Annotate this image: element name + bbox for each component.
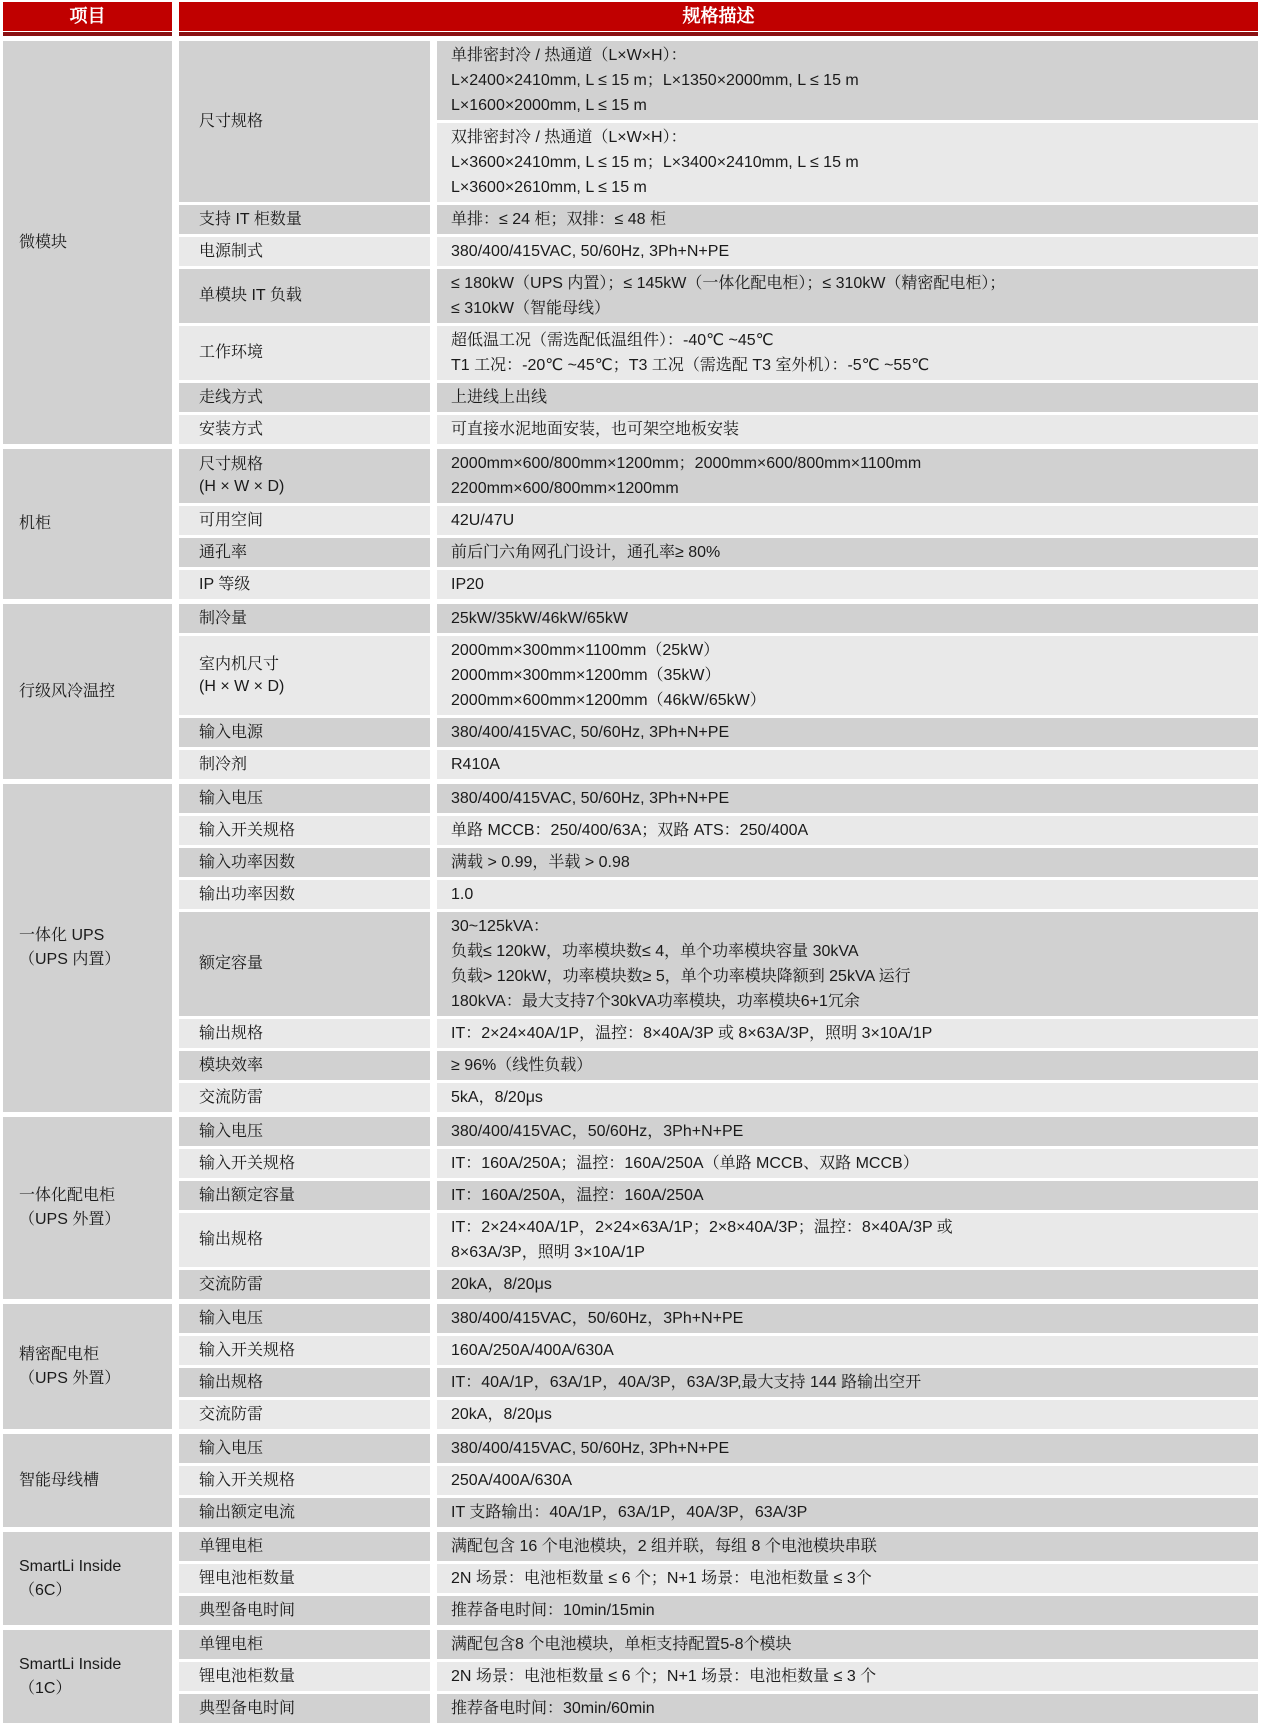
param-cell: 输出规格 [179, 1213, 430, 1267]
value-cell: IT：2×24×40A/1P，温控：8×40A/3P 或 8×63A/3P，照明… [437, 1019, 1258, 1048]
category-cell: 机柜 [3, 449, 172, 599]
spec-section: 微模块尺寸规格单排密封冷 / 热通道（L×W×H）：L×2400×2410mm,… [3, 41, 1258, 444]
param-cell: 交流防雷 [179, 1400, 430, 1429]
param-cell: IP 等级 [179, 570, 430, 599]
value-cell: 2N 场景：电池柜数量 ≤ 6 个；N+1 场景：电池柜数量 ≤ 3个 [437, 1564, 1258, 1593]
section-rows: 输入电压380/400/415VAC, 50/60Hz, 3Ph+N+PE输入开… [179, 1434, 1258, 1527]
value-cell-group: IT：160A/250A；温控：160A/250A（单路 MCCB、双路 MCC… [437, 1149, 1258, 1178]
section-rows: 输入电压380/400/415VAC, 50/60Hz, 3Ph+N+PE输入开… [179, 784, 1258, 1112]
param-cell: 输出功率因数 [179, 880, 430, 909]
value-line: IP20 [451, 572, 1248, 597]
spec-sheet: 项目 规格描述 微模块尺寸规格单排密封冷 / 热通道（L×W×H）：L×2400… [0, 0, 1264, 1725]
spec-row: 制冷量25kW/35kW/46kW/65kW [179, 604, 1258, 633]
value-line: L×3600×2610mm, L ≤ 15 m [451, 175, 1248, 200]
spec-section: 机柜尺寸规格 (H × W × D)2000mm×600/800mm×1200m… [3, 449, 1258, 599]
value-line: 180kVA：最大支持7个30kVA功率模块，功率模块6+1冗余 [451, 989, 1248, 1014]
spec-row: 走线方式上进线上出线 [179, 383, 1258, 412]
section-rows: 输入电压380/400/415VAC，50/60Hz，3Ph+N+PE输入开关规… [179, 1304, 1258, 1429]
category-cell: 精密配电柜 （UPS 外置） [3, 1304, 172, 1429]
value-line: L×2400×2410mm, L ≤ 15 m；L×1350×2000mm, L… [451, 68, 1248, 93]
value-line: 上进线上出线 [451, 385, 1248, 410]
value-cell: 160A/250A/400A/630A [437, 1336, 1258, 1365]
value-cell-group: 2N 场景：电池柜数量 ≤ 6 个；N+1 场景：电池柜数量 ≤ 3 个 [437, 1662, 1258, 1691]
value-line: 8×63A/3P，照明 3×10A/1P [451, 1240, 1248, 1265]
spec-row: 锂电池柜数量2N 场景：电池柜数量 ≤ 6 个；N+1 场景：电池柜数量 ≤ 3… [179, 1564, 1258, 1593]
section-rows: 单锂电柜满配包含8 个电池模块，单柜支持配置5-8个模块锂电池柜数量2N 场景：… [179, 1630, 1258, 1723]
spec-row: 制冷剂R410A [179, 750, 1258, 779]
value-cell: 20kA，8/20μs [437, 1270, 1258, 1299]
value-line: 42U/47U [451, 508, 1248, 533]
param-cell: 电源制式 [179, 237, 430, 266]
value-line: ≥ 96%（线性负载） [451, 1053, 1248, 1078]
value-line: 2000mm×300mm×1200mm（35kW） [451, 663, 1248, 688]
param-cell: 输入开关规格 [179, 1336, 430, 1365]
param-cell: 制冷量 [179, 604, 430, 633]
value-cell: 满载 > 0.99，半载 > 0.98 [437, 848, 1258, 877]
value-cell: 2000mm×300mm×1100mm（25kW）2000mm×300mm×12… [437, 636, 1258, 715]
value-line: IT：160A/250A，温控：160A/250A [451, 1183, 1248, 1208]
value-line: 2000mm×600mm×1200mm（46kW/65kW） [451, 688, 1248, 713]
value-cell: 满配包含 16 个电池模块，2 组并联，每组 8 个电池模块串联 [437, 1532, 1258, 1561]
value-line: L×3600×2410mm, L ≤ 15 m；L×3400×2410mm, L… [451, 150, 1248, 175]
value-line: 负载≤ 120kW，功率模块数≤ 4，单个功率模块容量 30kVA [451, 939, 1248, 964]
header-cell-item: 项目 [3, 2, 172, 36]
param-cell: 单锂电柜 [179, 1532, 430, 1561]
value-line: 单路 MCCB：250/400/63A；双路 ATS：250/400A [451, 818, 1248, 843]
param-cell: 交流防雷 [179, 1270, 430, 1299]
value-cell: 42U/47U [437, 506, 1258, 535]
value-cell: 前后门六角网孔门设计，通孔率≥ 80% [437, 538, 1258, 567]
value-cell-group: 250A/400A/630A [437, 1466, 1258, 1495]
value-cell: 380/400/415VAC, 50/60Hz, 3Ph+N+PE [437, 718, 1258, 747]
spec-row: 可用空间42U/47U [179, 506, 1258, 535]
param-cell: 交流防雷 [179, 1083, 430, 1112]
value-cell-group: 380/400/415VAC，50/60Hz，3Ph+N+PE [437, 1117, 1258, 1146]
value-cell-group: IP20 [437, 570, 1258, 599]
section-rows: 尺寸规格单排密封冷 / 热通道（L×W×H）：L×2400×2410mm, L … [179, 41, 1258, 444]
header-cell-spec: 规格描述 [179, 2, 1258, 36]
value-cell: 2N 场景：电池柜数量 ≤ 6 个；N+1 场景：电池柜数量 ≤ 3 个 [437, 1662, 1258, 1691]
value-line: 380/400/415VAC, 50/60Hz, 3Ph+N+PE [451, 1436, 1248, 1461]
value-cell-group: 推荐备电时间：30min/60min [437, 1694, 1258, 1723]
value-line: IT：2×24×40A/1P，2×24×63A/1P；2×8×40A/3P；温控… [451, 1215, 1248, 1240]
value-line: 单排：≤ 24 柜；双排：≤ 48 柜 [451, 207, 1248, 232]
section-rows: 尺寸规格 (H × W × D)2000mm×600/800mm×1200mm；… [179, 449, 1258, 599]
value-cell-group: 380/400/415VAC, 50/60Hz, 3Ph+N+PE [437, 718, 1258, 747]
value-cell: 单排密封冷 / 热通道（L×W×H）：L×2400×2410mm, L ≤ 15… [437, 41, 1258, 120]
value-line: 推荐备电时间：30min/60min [451, 1696, 1248, 1721]
header-underline [179, 32, 1258, 36]
spec-row: 输入电压380/400/415VAC，50/60Hz，3Ph+N+PE [179, 1304, 1258, 1333]
spec-row: 室内机尺寸 (H × W × D)2000mm×300mm×1100mm（25k… [179, 636, 1258, 715]
param-cell: 输入开关规格 [179, 1149, 430, 1178]
value-cell: 2000mm×600/800mm×1200mm；2000mm×600/800mm… [437, 449, 1258, 503]
param-cell: 输出额定电流 [179, 1498, 430, 1527]
value-cell-group: R410A [437, 750, 1258, 779]
param-cell: 输出额定容量 [179, 1181, 430, 1210]
param-cell: 输出规格 [179, 1019, 430, 1048]
value-line: 380/400/415VAC, 50/60Hz, 3Ph+N+PE [451, 239, 1248, 264]
value-line: 5kA，8/20μs [451, 1085, 1248, 1110]
section-rows: 制冷量25kW/35kW/46kW/65kW室内机尺寸 (H × W × D)2… [179, 604, 1258, 779]
value-line: R410A [451, 752, 1248, 777]
spec-row: 典型备电时间推荐备电时间：30min/60min [179, 1694, 1258, 1723]
value-cell: 可直接水泥地面安装，也可架空地板安装 [437, 415, 1258, 444]
spec-row: 交流防雷20kA，8/20μs [179, 1400, 1258, 1429]
value-cell-group: 30~125kVA：负载≤ 120kW，功率模块数≤ 4，单个功率模块容量 30… [437, 912, 1258, 1016]
param-cell: 输入电压 [179, 784, 430, 813]
value-cell: IP20 [437, 570, 1258, 599]
param-cell: 制冷剂 [179, 750, 430, 779]
value-cell-group: 超低温工况（需选配低温组件）：-40℃ ~45℃T1 工况：-20℃ ~45℃；… [437, 326, 1258, 380]
value-line: 380/400/415VAC，50/60Hz，3Ph+N+PE [451, 1306, 1248, 1331]
param-cell: 典型备电时间 [179, 1596, 430, 1625]
value-line: ≤ 180kW（UPS 内置）；≤ 145kW（一体化配电柜）；≤ 310kW（… [451, 271, 1248, 296]
spec-row: 通孔率前后门六角网孔门设计，通孔率≥ 80% [179, 538, 1258, 567]
spec-row: 输出功率因数1.0 [179, 880, 1258, 909]
value-cell: 25kW/35kW/46kW/65kW [437, 604, 1258, 633]
value-cell-group: 单排密封冷 / 热通道（L×W×H）：L×2400×2410mm, L ≤ 15… [437, 41, 1258, 202]
param-cell: 输入电压 [179, 1117, 430, 1146]
spec-row: 输出额定容量IT：160A/250A，温控：160A/250A [179, 1181, 1258, 1210]
value-cell: IT 支路输出：40A/1P，63A/1P，40A/3P，63A/3P [437, 1498, 1258, 1527]
value-cell: 30~125kVA：负载≤ 120kW，功率模块数≤ 4，单个功率模块容量 30… [437, 912, 1258, 1016]
table-header: 项目 规格描述 [3, 2, 1258, 36]
value-line: 380/400/415VAC, 50/60Hz, 3Ph+N+PE [451, 786, 1248, 811]
param-cell: 安装方式 [179, 415, 430, 444]
value-line: 20kA，8/20μs [451, 1272, 1248, 1297]
value-line: 推荐备电时间：10min/15min [451, 1598, 1248, 1623]
value-cell-group: 上进线上出线 [437, 383, 1258, 412]
value-cell: 上进线上出线 [437, 383, 1258, 412]
value-line: 单排密封冷 / 热通道（L×W×H）： [451, 43, 1248, 68]
value-cell-group: 160A/250A/400A/630A [437, 1336, 1258, 1365]
value-cell-group: 推荐备电时间：10min/15min [437, 1596, 1258, 1625]
value-cell-group: 20kA，8/20μs [437, 1400, 1258, 1429]
value-cell: 超低温工况（需选配低温组件）：-40℃ ~45℃T1 工况：-20℃ ~45℃；… [437, 326, 1258, 380]
value-cell-group: ≥ 96%（线性负载） [437, 1051, 1258, 1080]
value-cell: 推荐备电时间：30min/60min [437, 1694, 1258, 1723]
value-cell-group: 1.0 [437, 880, 1258, 909]
value-cell: 20kA，8/20μs [437, 1400, 1258, 1429]
section-rows: 单锂电柜满配包含 16 个电池模块，2 组并联，每组 8 个电池模块串联锂电池柜… [179, 1532, 1258, 1625]
value-cell-group: IT：160A/250A，温控：160A/250A [437, 1181, 1258, 1210]
value-cell-group: 可直接水泥地面安装，也可架空地板安装 [437, 415, 1258, 444]
value-line: 2N 场景：电池柜数量 ≤ 6 个；N+1 场景：电池柜数量 ≤ 3 个 [451, 1664, 1248, 1689]
spec-row: 尺寸规格单排密封冷 / 热通道（L×W×H）：L×2400×2410mm, L … [179, 41, 1258, 202]
spec-row: 输入电压380/400/415VAC, 50/60Hz, 3Ph+N+PE [179, 784, 1258, 813]
value-line: L×1600×2000mm, L ≤ 15 m [451, 93, 1248, 118]
param-cell: 输出规格 [179, 1368, 430, 1397]
value-cell-group: 单排：≤ 24 柜；双排：≤ 48 柜 [437, 205, 1258, 234]
spec-row: 输入电压380/400/415VAC, 50/60Hz, 3Ph+N+PE [179, 1434, 1258, 1463]
value-cell: 250A/400A/630A [437, 1466, 1258, 1495]
value-cell: 单路 MCCB：250/400/63A；双路 ATS：250/400A [437, 816, 1258, 845]
spec-section: 行级风冷温控制冷量25kW/35kW/46kW/65kW室内机尺寸 (H × W… [3, 604, 1258, 779]
spec-row: 输出额定电流IT 支路输出：40A/1P，63A/1P，40A/3P，63A/3… [179, 1498, 1258, 1527]
value-cell-group: 满载 > 0.99，半载 > 0.98 [437, 848, 1258, 877]
value-line: IT 支路输出：40A/1P，63A/1P，40A/3P，63A/3P [451, 1500, 1248, 1525]
spec-row: 输入开关规格单路 MCCB：250/400/63A；双路 ATS：250/400… [179, 816, 1258, 845]
value-line: T1 工况：-20℃ ~45℃；T3 工况（需选配 T3 室外机）：-5℃ ~5… [451, 353, 1248, 378]
section-rows: 输入电压380/400/415VAC，50/60Hz，3Ph+N+PE输入开关规… [179, 1117, 1258, 1299]
value-cell-group: IT：2×24×40A/1P，2×24×63A/1P；2×8×40A/3P；温控… [437, 1213, 1258, 1267]
spec-row: 典型备电时间推荐备电时间：10min/15min [179, 1596, 1258, 1625]
value-line: 2N 场景：电池柜数量 ≤ 6 个；N+1 场景：电池柜数量 ≤ 3个 [451, 1566, 1248, 1591]
value-cell-group: 前后门六角网孔门设计，通孔率≥ 80% [437, 538, 1258, 567]
value-line: 满载 > 0.99，半载 > 0.98 [451, 850, 1248, 875]
param-cell: 模块效率 [179, 1051, 430, 1080]
param-cell: 锂电池柜数量 [179, 1564, 430, 1593]
value-cell: 380/400/415VAC, 50/60Hz, 3Ph+N+PE [437, 784, 1258, 813]
value-line: 可直接水泥地面安装，也可架空地板安装 [451, 417, 1248, 442]
param-cell: 额定容量 [179, 912, 430, 1016]
header-item-label: 项目 [3, 2, 172, 31]
value-line: 前后门六角网孔门设计，通孔率≥ 80% [451, 540, 1248, 565]
spec-row: 输入开关规格160A/250A/400A/630A [179, 1336, 1258, 1365]
spec-row: 模块效率≥ 96%（线性负载） [179, 1051, 1258, 1080]
value-line: 2000mm×600/800mm×1200mm；2000mm×600/800mm… [451, 451, 1248, 476]
spec-section: SmartLi Inside （6C）单锂电柜满配包含 16 个电池模块，2 组… [3, 1532, 1258, 1625]
value-cell: 380/400/415VAC，50/60Hz，3Ph+N+PE [437, 1304, 1258, 1333]
value-cell: 1.0 [437, 880, 1258, 909]
spec-row: 锂电池柜数量2N 场景：电池柜数量 ≤ 6 个；N+1 场景：电池柜数量 ≤ 3… [179, 1662, 1258, 1691]
spec-section: 一体化 UPS （UPS 内置）输入电压380/400/415VAC, 50/6… [3, 784, 1258, 1112]
spec-row: 工作环境超低温工况（需选配低温组件）：-40℃ ~45℃T1 工况：-20℃ ~… [179, 326, 1258, 380]
param-cell: 典型备电时间 [179, 1694, 430, 1723]
value-line: 2200mm×600/800mm×1200mm [451, 476, 1248, 501]
value-cell-group: 2N 场景：电池柜数量 ≤ 6 个；N+1 场景：电池柜数量 ≤ 3个 [437, 1564, 1258, 1593]
spec-row: 支持 IT 柜数量单排：≤ 24 柜；双排：≤ 48 柜 [179, 205, 1258, 234]
value-cell: 5kA，8/20μs [437, 1083, 1258, 1112]
spec-row: 输入电压380/400/415VAC，50/60Hz，3Ph+N+PE [179, 1117, 1258, 1146]
value-cell-group: 5kA，8/20μs [437, 1083, 1258, 1112]
value-cell-group: 满配包含8 个电池模块，单柜支持配置5-8个模块 [437, 1630, 1258, 1659]
value-cell: ≥ 96%（线性负载） [437, 1051, 1258, 1080]
value-cell-group: 380/400/415VAC, 50/60Hz, 3Ph+N+PE [437, 784, 1258, 813]
category-cell: 一体化 UPS （UPS 内置） [3, 784, 172, 1112]
param-cell: 锂电池柜数量 [179, 1662, 430, 1691]
spec-row: 输出规格IT：2×24×40A/1P，2×24×63A/1P；2×8×40A/3… [179, 1213, 1258, 1267]
spec-row: 输出规格IT：2×24×40A/1P，温控：8×40A/3P 或 8×63A/3… [179, 1019, 1258, 1048]
value-line: IT：2×24×40A/1P，温控：8×40A/3P 或 8×63A/3P，照明… [451, 1021, 1248, 1046]
param-cell: 输入开关规格 [179, 816, 430, 845]
value-line: IT：40A/1P，63A/1P，40A/3P，63A/3P,最大支持 144 … [451, 1370, 1248, 1395]
value-cell-group: 单路 MCCB：250/400/63A；双路 ATS：250/400A [437, 816, 1258, 845]
param-cell: 输入功率因数 [179, 848, 430, 877]
spec-row: 输入功率因数满载 > 0.99，半载 > 0.98 [179, 848, 1258, 877]
spec-row: 交流防雷20kA，8/20μs [179, 1270, 1258, 1299]
spec-row: 安装方式可直接水泥地面安装，也可架空地板安装 [179, 415, 1258, 444]
value-cell: ≤ 180kW（UPS 内置）；≤ 145kW（一体化配电柜）；≤ 310kW（… [437, 269, 1258, 323]
value-cell-group: 42U/47U [437, 506, 1258, 535]
category-cell: 行级风冷温控 [3, 604, 172, 779]
value-line: ≤ 310kW（智能母线） [451, 296, 1248, 321]
value-cell-group: ≤ 180kW（UPS 内置）；≤ 145kW（一体化配电柜）；≤ 310kW（… [437, 269, 1258, 323]
value-line: 1.0 [451, 882, 1248, 907]
spec-row: 输入开关规格250A/400A/630A [179, 1466, 1258, 1495]
value-line: 超低温工况（需选配低温组件）：-40℃ ~45℃ [451, 328, 1248, 353]
value-cell-group: IT：2×24×40A/1P，温控：8×40A/3P 或 8×63A/3P，照明… [437, 1019, 1258, 1048]
category-cell: SmartLi Inside （1C） [3, 1630, 172, 1723]
spec-section: 一体化配电柜 （UPS 外置）输入电压380/400/415VAC，50/60H… [3, 1117, 1258, 1299]
value-cell: 满配包含8 个电池模块，单柜支持配置5-8个模块 [437, 1630, 1258, 1659]
value-cell: 380/400/415VAC, 50/60Hz, 3Ph+N+PE [437, 237, 1258, 266]
spec-row: 单锂电柜满配包含8 个电池模块，单柜支持配置5-8个模块 [179, 1630, 1258, 1659]
value-cell-group: 2000mm×600/800mm×1200mm；2000mm×600/800mm… [437, 449, 1258, 503]
param-cell: 尺寸规格 [179, 41, 430, 202]
value-line: 满配包含8 个电池模块，单柜支持配置5-8个模块 [451, 1632, 1248, 1657]
spec-row: 输出规格IT：40A/1P，63A/1P，40A/3P，63A/3P,最大支持 … [179, 1368, 1258, 1397]
value-cell: R410A [437, 750, 1258, 779]
value-cell: IT：160A/250A；温控：160A/250A（单路 MCCB、双路 MCC… [437, 1149, 1258, 1178]
value-line: 满配包含 16 个电池模块，2 组并联，每组 8 个电池模块串联 [451, 1534, 1248, 1559]
param-cell: 通孔率 [179, 538, 430, 567]
spec-section: 精密配电柜 （UPS 外置）输入电压380/400/415VAC，50/60Hz… [3, 1304, 1258, 1429]
value-cell: IT：160A/250A，温控：160A/250A [437, 1181, 1258, 1210]
category-cell: 一体化配电柜 （UPS 外置） [3, 1117, 172, 1299]
value-line: 负载> 120kW，功率模块数≥ 5，单个功率模块降额到 25kVA 运行 [451, 964, 1248, 989]
category-cell: 微模块 [3, 41, 172, 444]
value-cell: 推荐备电时间：10min/15min [437, 1596, 1258, 1625]
spec-row: 单模块 IT 负载≤ 180kW（UPS 内置）；≤ 145kW（一体化配电柜）… [179, 269, 1258, 323]
value-line: 25kW/35kW/46kW/65kW [451, 606, 1248, 631]
value-cell-group: IT 支路输出：40A/1P，63A/1P，40A/3P，63A/3P [437, 1498, 1258, 1527]
value-line: IT：160A/250A；温控：160A/250A（单路 MCCB、双路 MCC… [451, 1151, 1248, 1176]
spec-row: 交流防雷5kA，8/20μs [179, 1083, 1258, 1112]
sections: 微模块尺寸规格单排密封冷 / 热通道（L×W×H）：L×2400×2410mm,… [3, 41, 1258, 1723]
param-cell: 单锂电柜 [179, 1630, 430, 1659]
param-cell: 输入电源 [179, 718, 430, 747]
value-line: 380/400/415VAC, 50/60Hz, 3Ph+N+PE [451, 720, 1248, 745]
header-spec-label: 规格描述 [179, 2, 1258, 31]
value-line: 160A/250A/400A/630A [451, 1338, 1248, 1363]
value-cell-group: 满配包含 16 个电池模块，2 组并联，每组 8 个电池模块串联 [437, 1532, 1258, 1561]
value-line: 250A/400A/630A [451, 1468, 1248, 1493]
spec-row: 额定容量30~125kVA：负载≤ 120kW，功率模块数≤ 4，单个功率模块容… [179, 912, 1258, 1016]
spec-row: IP 等级IP20 [179, 570, 1258, 599]
value-cell-group: IT：40A/1P，63A/1P，40A/3P，63A/3P,最大支持 144 … [437, 1368, 1258, 1397]
param-cell: 输入开关规格 [179, 1466, 430, 1495]
spec-section: SmartLi Inside （1C）单锂电柜满配包含8 个电池模块，单柜支持配… [3, 1630, 1258, 1723]
param-cell: 可用空间 [179, 506, 430, 535]
value-cell-group: 380/400/415VAC, 50/60Hz, 3Ph+N+PE [437, 1434, 1258, 1463]
param-cell: 走线方式 [179, 383, 430, 412]
spec-row: 电源制式380/400/415VAC, 50/60Hz, 3Ph+N+PE [179, 237, 1258, 266]
spec-row: 单锂电柜满配包含 16 个电池模块，2 组并联，每组 8 个电池模块串联 [179, 1532, 1258, 1561]
value-cell-group: 20kA，8/20μs [437, 1270, 1258, 1299]
value-cell: 双排密封冷 / 热通道（L×W×H）：L×3600×2410mm, L ≤ 15… [437, 123, 1258, 202]
header-underline [3, 32, 172, 36]
value-line: 30~125kVA： [451, 914, 1248, 939]
spec-row: 输入电源380/400/415VAC, 50/60Hz, 3Ph+N+PE [179, 718, 1258, 747]
value-cell-group: 2000mm×300mm×1100mm（25kW）2000mm×300mm×12… [437, 636, 1258, 715]
spec-row: 输入开关规格IT：160A/250A；温控：160A/250A（单路 MCCB、… [179, 1149, 1258, 1178]
param-cell: 输入电压 [179, 1304, 430, 1333]
param-cell: 尺寸规格 (H × W × D) [179, 449, 430, 503]
value-cell-group: 25kW/35kW/46kW/65kW [437, 604, 1258, 633]
value-line: 20kA，8/20μs [451, 1402, 1248, 1427]
spec-row: 尺寸规格 (H × W × D)2000mm×600/800mm×1200mm；… [179, 449, 1258, 503]
value-line: 双排密封冷 / 热通道（L×W×H）： [451, 125, 1248, 150]
category-cell: SmartLi Inside （6C） [3, 1532, 172, 1625]
value-cell: IT：40A/1P，63A/1P，40A/3P，63A/3P,最大支持 144 … [437, 1368, 1258, 1397]
spec-section: 智能母线槽输入电压380/400/415VAC, 50/60Hz, 3Ph+N+… [3, 1434, 1258, 1527]
param-cell: 单模块 IT 负载 [179, 269, 430, 323]
param-cell: 支持 IT 柜数量 [179, 205, 430, 234]
value-cell-group: 380/400/415VAC, 50/60Hz, 3Ph+N+PE [437, 237, 1258, 266]
value-line: 380/400/415VAC，50/60Hz，3Ph+N+PE [451, 1119, 1248, 1144]
param-cell: 输入电压 [179, 1434, 430, 1463]
value-line: 2000mm×300mm×1100mm（25kW） [451, 638, 1248, 663]
value-cell: IT：2×24×40A/1P，2×24×63A/1P；2×8×40A/3P；温控… [437, 1213, 1258, 1267]
value-cell: 380/400/415VAC, 50/60Hz, 3Ph+N+PE [437, 1434, 1258, 1463]
value-cell: 单排：≤ 24 柜；双排：≤ 48 柜 [437, 205, 1258, 234]
value-cell-group: 380/400/415VAC，50/60Hz，3Ph+N+PE [437, 1304, 1258, 1333]
category-cell: 智能母线槽 [3, 1434, 172, 1527]
value-cell: 380/400/415VAC，50/60Hz，3Ph+N+PE [437, 1117, 1258, 1146]
param-cell: 室内机尺寸 (H × W × D) [179, 636, 430, 715]
param-cell: 工作环境 [179, 326, 430, 380]
